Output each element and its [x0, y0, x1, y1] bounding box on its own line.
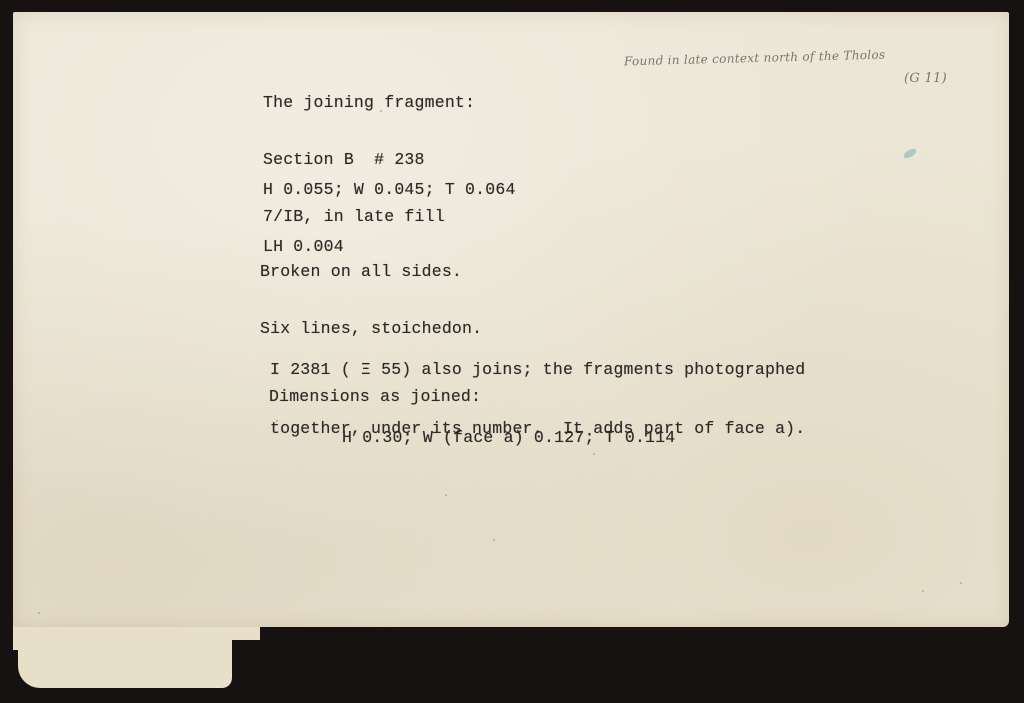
joined-dimensions-values: H 0.30; W (face a) 0.127; T 0.114: [342, 428, 675, 447]
card-tab: [18, 620, 232, 688]
paper-speck: [276, 420, 278, 422]
scanned-index-card-image: The joining fragment: Section B # 238 7/…: [0, 0, 1024, 703]
paper-speck: [593, 453, 595, 455]
condition-broken: Broken on all sides.: [260, 262, 482, 281]
paper-speck: [922, 590, 924, 592]
paper-speck: [445, 494, 447, 496]
join-note-line-1: I 2381 ( Ξ 55) also joins; the fragments…: [270, 360, 805, 379]
handwritten-grid-reference: (G 11): [904, 71, 947, 86]
paper-speck: [380, 110, 382, 112]
paper-speck: [38, 612, 40, 614]
paper-speck: [493, 539, 495, 541]
joined-dimensions-label: Dimensions as joined:: [269, 387, 481, 406]
paper-speck: [960, 582, 962, 584]
index-card: [13, 12, 1009, 627]
fragment-title: The joining fragment:: [263, 93, 475, 112]
dimensions-hwt: H 0.055; W 0.045; T 0.064: [263, 180, 516, 199]
